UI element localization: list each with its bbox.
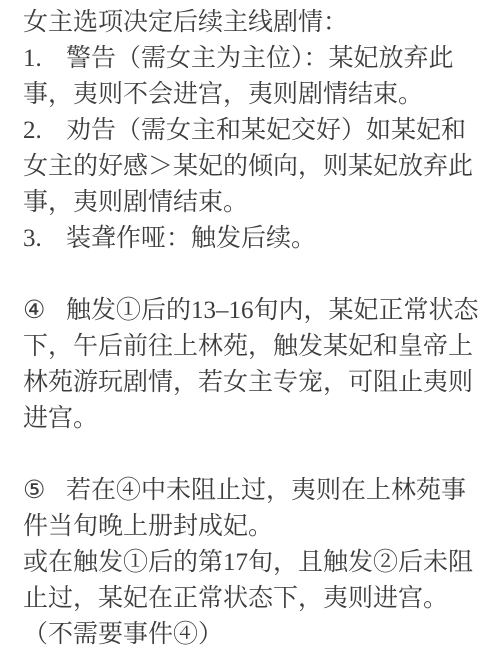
option-3-text: 装聋作哑：触发后续。: [66, 225, 316, 252]
blank-line: [23, 437, 482, 473]
option-1-text: 警告（需女主为主位）：某妃放弃此事，夷则不会进宫，夷则剧情结束。: [23, 45, 454, 108]
option-2-marker: 2.: [23, 113, 66, 149]
event-5-alternative: 或在触发①后的第17旬，且触发②后未阻止过，某妃在正常状态下，夷则进宫。（不需要…: [23, 545, 482, 653]
intro-line: 女主选项决定后续主线剧情：: [23, 5, 482, 41]
option-item-3: 3.装聋作哑：触发后续。: [23, 221, 482, 257]
event-item-5: ⑤若在④中未阻止过，夷则在上林苑事件当旬晚上册封成妃。: [23, 473, 482, 545]
option-1-marker: 1.: [23, 41, 66, 77]
option-3-marker: 3.: [23, 221, 66, 257]
blank-line: [23, 257, 482, 293]
event-4-marker: ④: [23, 293, 66, 329]
event-5-text: 若在④中未阻止过，夷则在上林苑事件当旬晚上册封成妃。: [23, 477, 466, 540]
option-2-text: 劝告（需女主和某妃交好）如某妃和女主的好感＞某妃的倾向，则某妃放弃此事，夷则剧情…: [23, 117, 473, 216]
option-item-2: 2.劝告（需女主和某妃交好）如某妃和女主的好感＞某妃的倾向，则某妃放弃此事，夷则…: [23, 113, 482, 221]
event-4-text: 触发①后的13–16旬内，某妃正常状态下，午后前往上林苑，触发某妃和皇帝上林苑游…: [23, 297, 479, 432]
event-item-4: ④触发①后的13–16旬内，某妃正常状态下，午后前往上林苑，触发某妃和皇帝上林苑…: [23, 293, 482, 437]
option-item-1: 1.警告（需女主为主位）：某妃放弃此事，夷则不会进宫，夷则剧情结束。: [23, 41, 482, 113]
document-page: 女主选项决定后续主线剧情： 1.警告（需女主为主位）：某妃放弃此事，夷则不会进宫…: [0, 0, 488, 658]
event-5-marker: ⑤: [23, 473, 66, 509]
